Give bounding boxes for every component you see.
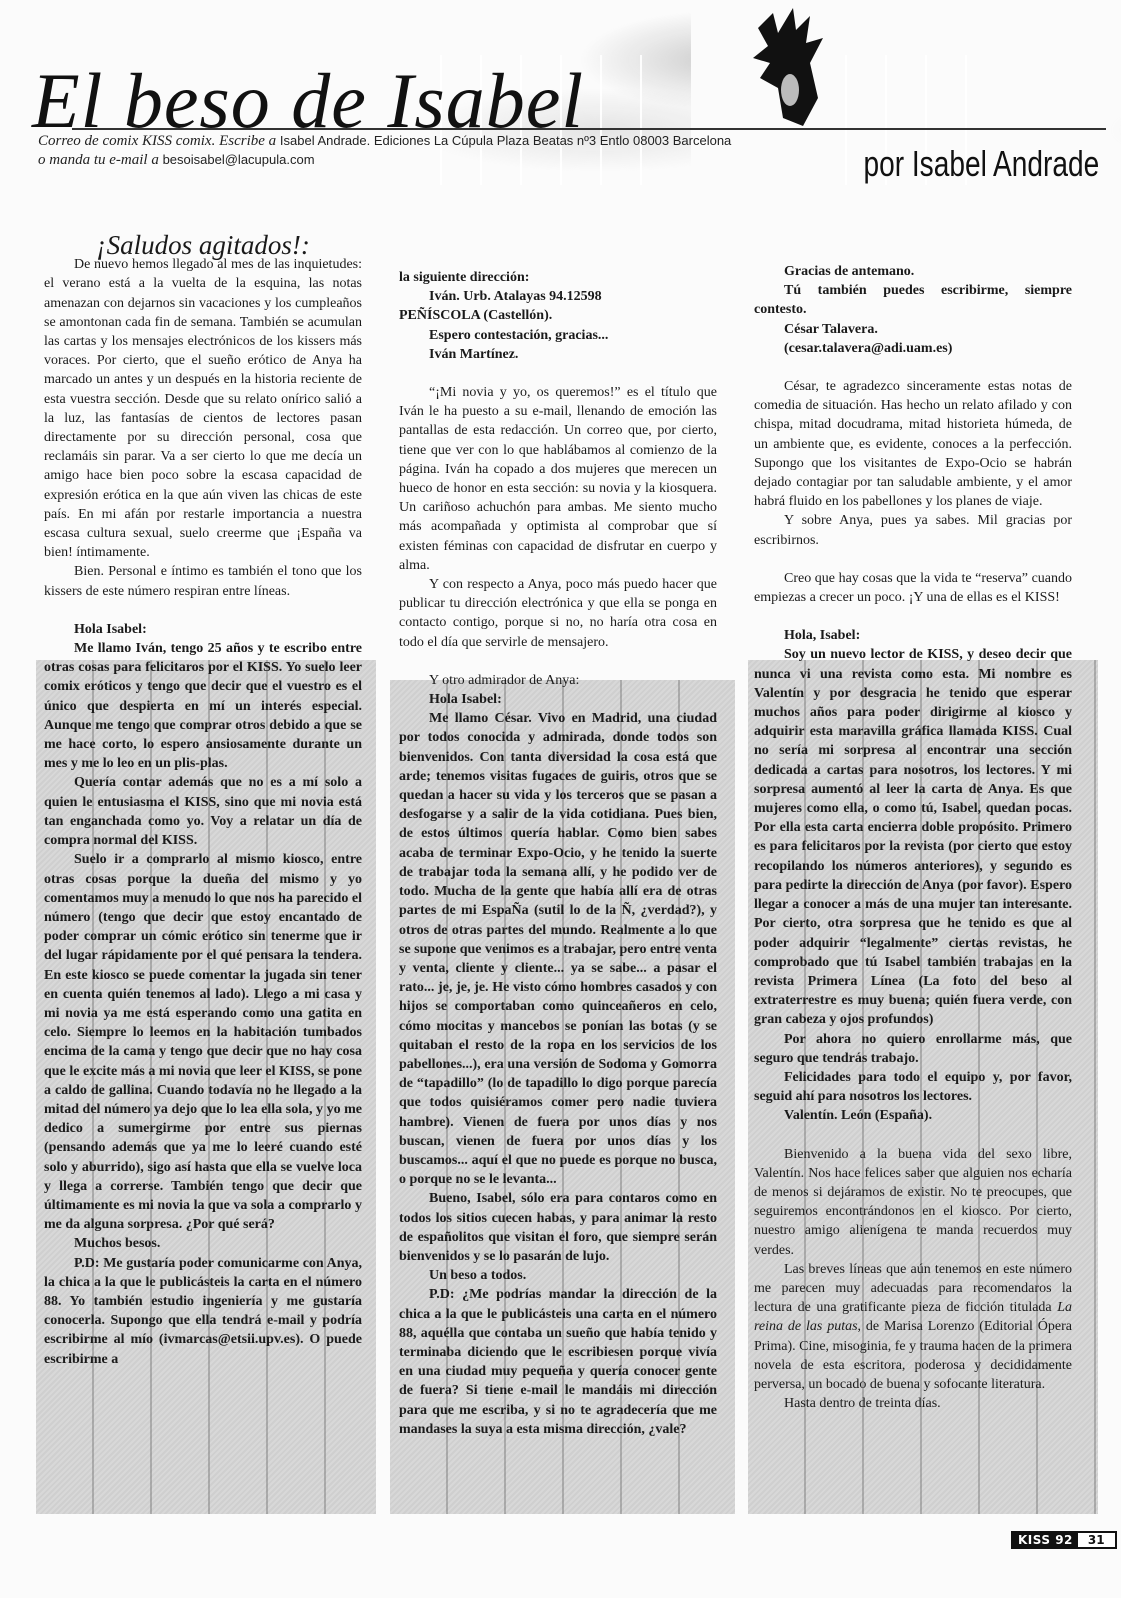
reply-paragraph: Bienvenido a la buena vida del sexo libr… (754, 1145, 1072, 1260)
title-divider (72, 128, 1106, 130)
address-line: Iván. Urb. Atalayas 94.12598 (399, 287, 717, 306)
letter-signoff: Un beso a todos. (399, 1266, 717, 1285)
reply-closing: Hasta dentro de treinta días. (754, 1394, 1072, 1413)
column-2: la siguiente dirección: Iván. Urb. Atala… (399, 268, 717, 1439)
letter-signature: César Talavera. (754, 320, 1072, 339)
page-number: 31 (1078, 1533, 1115, 1547)
letter-signoff: Tú también puedes escribirme, siempre co… (754, 281, 1072, 319)
editorial-paragraph: De nuevo hemos llegado al mes de las inq… (44, 255, 362, 562)
letter-paragraph: Felicidades para todo el equipo y, por f… (754, 1068, 1072, 1106)
letter-postscript: P.D: Me gustaría poder comunicarme con A… (44, 1254, 362, 1369)
woman-photo-icon (748, 8, 828, 128)
reply-paragraph: César, te agradezco sinceramente estas n… (754, 377, 1072, 511)
reply-paragraph: Y con respecto a Anya, poco más puedo ha… (399, 575, 717, 652)
address-line: PEÑÍSCOLA (Castellón). (399, 306, 717, 325)
magazine-issue: KISS 92 (1013, 1533, 1078, 1547)
letter-intro: Y otro admirador de Anya: (399, 671, 717, 690)
letter-paragraph: Por ahora no quiero enrollarme más, que … (754, 1030, 1072, 1068)
letter-greeting: Hola Isabel: (44, 620, 362, 639)
column-1: ¡Saludos agitados!: De nuevo hemos llega… (44, 236, 362, 1369)
letter-paragraph: Soy un nuevo lector de KISS, y deseo dec… (754, 645, 1072, 1029)
mailing-info-line-1: Correo de comix KISS comix. Escribe a Is… (38, 133, 731, 150)
reply-paragraph: Y sobre Anya, pues ya sabes. Mil gracias… (754, 511, 1072, 549)
address-line: la siguiente dirección: (399, 268, 717, 287)
reply-paragraph: “¡Mi novia y yo, os queremos!” es el tít… (399, 383, 717, 575)
letter-signature: Valentín. León (España). (754, 1106, 1072, 1125)
letter-postscript: P.D: ¿Me podrías mandar la dirección de … (399, 1285, 717, 1439)
email-link[interactable]: besoisabel@lacupula.com (163, 152, 315, 167)
reply-paragraph: Las breves líneas que aún tenemos en est… (754, 1260, 1072, 1394)
letter-signoff: Muchos besos. (44, 1234, 362, 1253)
letter-signature: Iván Martínez. (399, 345, 717, 364)
letter-greeting: Hola, Isabel: (754, 626, 1072, 645)
letter-signoff: Espero contestación, gracias... (399, 326, 717, 345)
section-heading: ¡Saludos agitados!: (44, 236, 362, 255)
letter-paragraph: Quería contar además que no es a mí solo… (44, 773, 362, 850)
letter-paragraph: Me llamo César. Vivo en Madrid, una ciud… (399, 709, 717, 1189)
letter-signoff: Gracias de antemano. (754, 262, 1072, 281)
page-footer: KISS 92 31 (1011, 1531, 1117, 1549)
letter-paragraph: Bueno, Isabel, sólo era para contaros co… (399, 1189, 717, 1266)
letter-email[interactable]: (cesar.talavera@adi.uam.es) (754, 339, 1072, 358)
letter-greeting: Hola Isabel: (399, 690, 717, 709)
letter-paragraph: Suelo ir a comprarlo al mismo kiosco, en… (44, 850, 362, 1234)
letter-paragraph: Me llamo Iván, tengo 25 años y te escrib… (44, 639, 362, 773)
author-byline: por Isabel Andrade (863, 143, 1099, 185)
mailing-info-line-2: o manda tu e-mail a besoisabel@lacupula.… (38, 152, 315, 169)
editorial-paragraph: Bien. Personal e íntimo es también el to… (44, 562, 362, 600)
reply-paragraph: Creo que hay cosas que la vida te “reser… (754, 569, 1072, 607)
column-3: Gracias de antemano. Tú también puedes e… (754, 262, 1072, 1413)
